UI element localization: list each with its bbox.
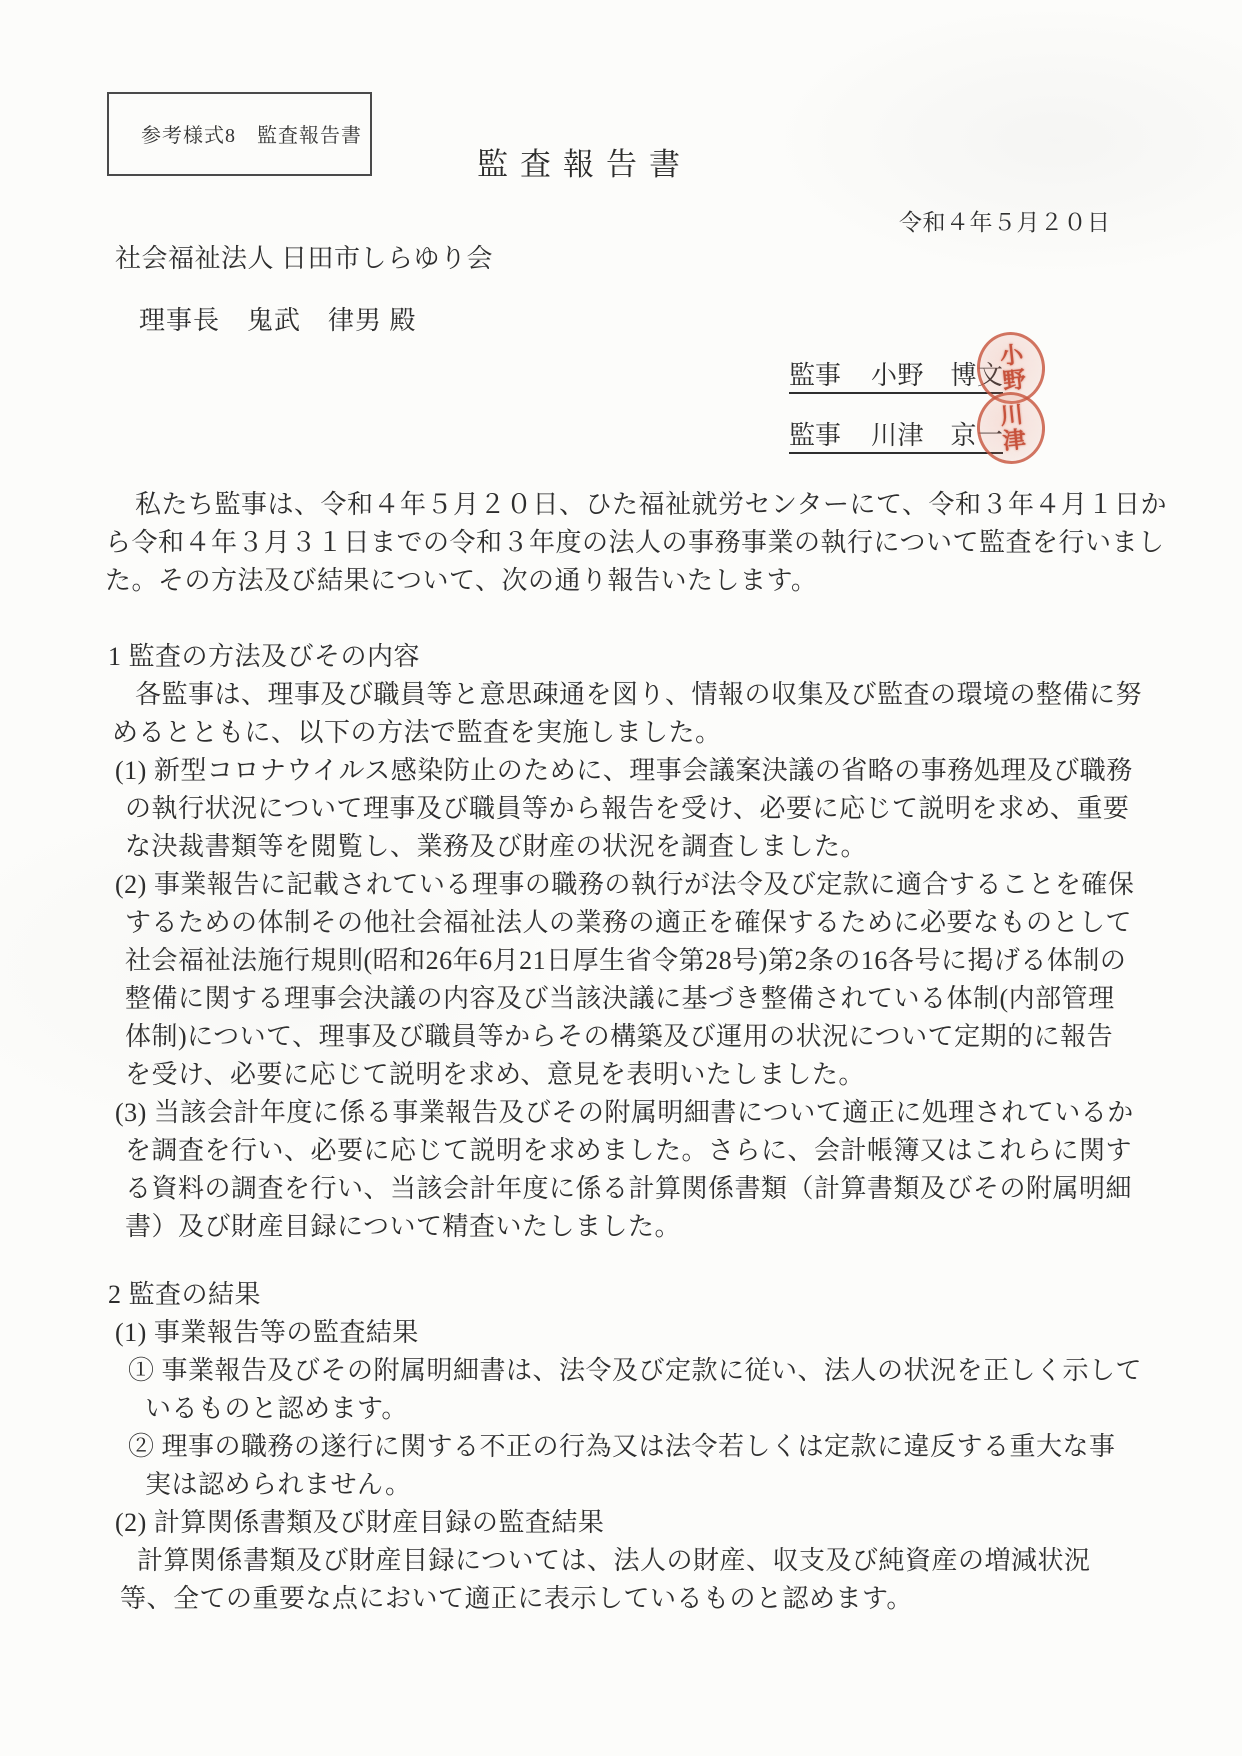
body-text-line: 体制)について、理事及び職員等からその構築及び運用の状況について定期的に報告 — [125, 1018, 1180, 1056]
body-text-line: ② 理事の職務の遂行に関する不正の行為又は法令若しくは定款に違反する重大な事 — [128, 1428, 1180, 1466]
body-text-line: ら令和４年３月３１日までの令和３年度の法人の事務事業の執行について監査を行いまし — [105, 524, 1180, 562]
body-text-line: を調査を行い、必要に応じて説明を求めました。さらに、会計帳簿又はこれらに関す — [125, 1132, 1180, 1170]
body-text-line: る資料の調査を行い、当該会計年度に係る計算関係書類（計算書類及びその附属明細 — [125, 1170, 1180, 1208]
hanko-stamp-text: 小野 — [997, 342, 1025, 394]
body-text-line: 整備に関する理事会決議の内容及び当該決議に基づき整備されている体制(内部管理 — [125, 980, 1180, 1018]
signature-block: 監事小野 博文小野監事川津 京一川津 — [789, 356, 1003, 476]
body-text-line: ① 事業報告及びその附属明細書は、法令及び定款に従い、法人の状況を正しく示して — [128, 1352, 1180, 1390]
audit-report-page: 参考様式8 監査報告書 監査報告書 令和４年５月２０日 社会福祉法人 日田市しら… — [0, 0, 1242, 1756]
form-label-box: 参考様式8 監査報告書 — [107, 92, 372, 176]
hanko-stamp: 川津 — [973, 389, 1048, 468]
document-body: 私たち監事は、令和４年５月２０日、ひた福祉就労センターにて、令和３年４月１日から… — [105, 486, 1180, 1618]
body-text-line: めるとともに、以下の方法で監査を実施しました。 — [112, 714, 1180, 752]
body-text-line: 2 監査の結果 — [108, 1276, 1180, 1314]
body-text-line: (3) 当該会計年度に係る事業報告及びその附属明細書について適正に処理されている… — [115, 1094, 1180, 1132]
body-text-line: (1) 新型コロナウイルス感染防止のために、理事会議案決議の省略の事務処理及び職… — [115, 752, 1180, 790]
signature-row: 監事小野 博文小野 — [789, 356, 1003, 394]
organization-name: 社会福祉法人 日田市しらゆり会 — [115, 238, 493, 275]
signature-row: 監事川津 京一川津 — [789, 416, 1003, 454]
body-text-line: 書）及び財産目録について精査いたしました。 — [125, 1208, 1180, 1246]
body-text-line: 実は認められません。 — [145, 1466, 1180, 1504]
body-text-line: 等、全ての重要な点において適正に表示しているものと認めます。 — [120, 1580, 1180, 1618]
body-text-line: (2) 計算関係書類及び財産目録の監査結果 — [115, 1504, 1180, 1542]
body-text-line: 私たち監事は、令和４年５月２０日、ひた福祉就労センターにて、令和３年４月１日か — [135, 486, 1180, 524]
body-text-line: いるものと認めます。 — [145, 1390, 1180, 1428]
body-text-line: (2) 事業報告に記載されている理事の職務の執行が法令及び定款に適合することを確… — [115, 866, 1180, 904]
page-title: 監査報告書 — [477, 139, 692, 184]
body-text-line: な決裁書類等を閲覧し、業務及び財産の状況を調査しました。 — [125, 828, 1180, 866]
body-text-line: 各監事は、理事及び職員等と意思疎通を図り、情報の収集及び監査の環境の整備に努 — [135, 676, 1180, 714]
body-text-line: 社会福祉法施行規則(昭和26年6月21日厚生省令第28号)第2条の16各号に掲げ… — [125, 942, 1180, 980]
body-text-line: (1) 事業報告等の監査結果 — [115, 1314, 1180, 1352]
body-text-line: 1 監査の方法及びその内容 — [108, 638, 1180, 676]
signature-role: 監事 — [789, 360, 841, 392]
hanko-stamp-text: 川津 — [997, 402, 1025, 454]
addressee-line: 理事長 鬼武 律男 殿 — [139, 300, 417, 337]
form-label: 参考様式8 監査報告書 — [141, 125, 362, 147]
body-text-line: を受け、必要に応じて説明を求め、意見を表明いたしました。 — [125, 1056, 1180, 1094]
report-date: 令和４年５月２０日 — [899, 204, 1111, 237]
signature-role: 監事 — [789, 420, 841, 452]
body-text-line: するための体制その他社会福祉法人の業務の適正を確保するために必要なものとして — [125, 904, 1180, 942]
body-text-line: た。その方法及び結果について、次の通り報告いたします。 — [105, 562, 1180, 600]
body-text-line: 計算関係書類及び財産目録については、法人の財産、収支及び純資産の増減状況 — [137, 1542, 1180, 1580]
body-text-line: の執行状況について理事及び職員等から報告を受け、必要に応じて説明を求め、重要 — [125, 790, 1180, 828]
